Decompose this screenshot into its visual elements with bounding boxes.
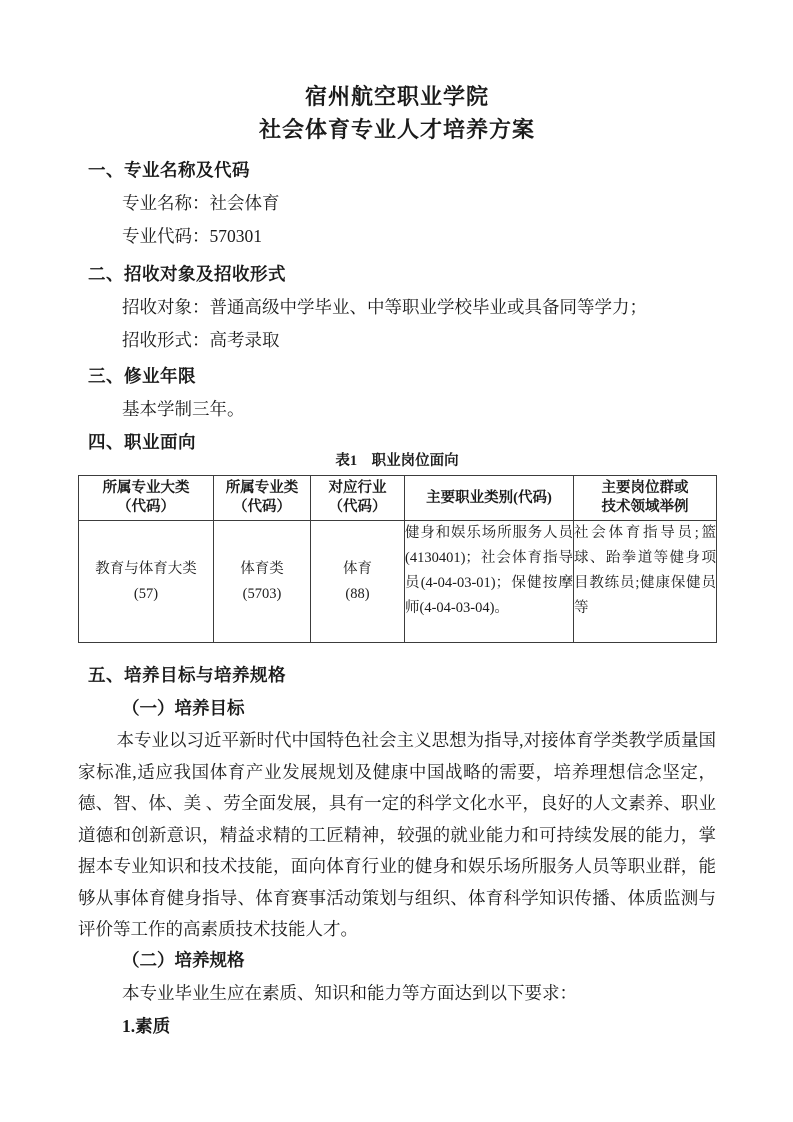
- header-occupation-category: 主要职业类别(代码): [405, 476, 574, 521]
- subsection-5-1-heading: （一）培养目标: [122, 692, 716, 725]
- table-row: 教育与体育大类 (57) 体育类 (5703) 体育 (88) 健身和娱乐场所服…: [79, 521, 717, 643]
- major-name-line: 专业名称：社会体育: [122, 187, 716, 220]
- document-title-line1: 宿州航空职业学院: [78, 80, 716, 113]
- training-objective-paragraph: 本专业以习近平新时代中国特色社会主义思想为指导,对接体育学类教学质量国家标准,适…: [78, 725, 716, 946]
- section-1-heading: 一、专业名称及代码: [88, 154, 716, 187]
- cell-post-groups: 社会体育指导员;篮球、跆拳道等健身项目教练员;健康保健员等: [574, 521, 717, 643]
- cell-major-class: 体育类 (5703): [214, 521, 311, 643]
- section-5-heading: 五、培养目标与培养规格: [88, 659, 716, 692]
- header-post-group: 主要岗位群或 技术领域举例: [574, 476, 717, 521]
- admission-target-line: 招收对象：普通高级中学毕业、中等职业学校毕业或具备同等学力；: [122, 291, 716, 324]
- study-duration-line: 基本学制三年。: [122, 393, 716, 426]
- cell-industry: 体育 (88): [311, 521, 405, 643]
- header-industry: 对应行业 （代码）: [311, 476, 405, 521]
- header-major-category: 所属专业大类 （代码）: [79, 476, 214, 521]
- header-major-class: 所属专业类 （代码）: [214, 476, 311, 521]
- document-title-line2: 社会体育专业人才培养方案: [78, 113, 716, 146]
- cell-occupation-categories: 健身和娱乐场所服务人员(4130401)；社会体育指导员(4-04-03-01)…: [405, 521, 574, 643]
- document-page: 宿州航空职业学院 社会体育专业人才培养方案 一、专业名称及代码 专业名称：社会体…: [0, 0, 793, 1122]
- major-code-line: 专业代码：570301: [122, 220, 716, 253]
- quality-item-heading: 1.素质: [122, 1010, 716, 1043]
- subsection-5-2-heading: （二）培养规格: [122, 944, 716, 977]
- training-spec-intro-line: 本专业毕业生应在素质、知识和能力等方面达到以下要求：: [122, 977, 716, 1010]
- section-2-heading: 二、招收对象及招收形式: [88, 258, 716, 291]
- job-orientation-table: 所属专业大类 （代码） 所属专业类 （代码） 对应行业 （代码） 主要职业类别(…: [78, 475, 717, 643]
- admission-form-line: 招收形式：高考录取: [122, 324, 716, 357]
- table-header-row: 所属专业大类 （代码） 所属专业类 （代码） 对应行业 （代码） 主要职业类别(…: [79, 476, 717, 521]
- cell-major-category: 教育与体育大类 (57): [79, 521, 214, 643]
- section-3-heading: 三、修业年限: [88, 360, 716, 393]
